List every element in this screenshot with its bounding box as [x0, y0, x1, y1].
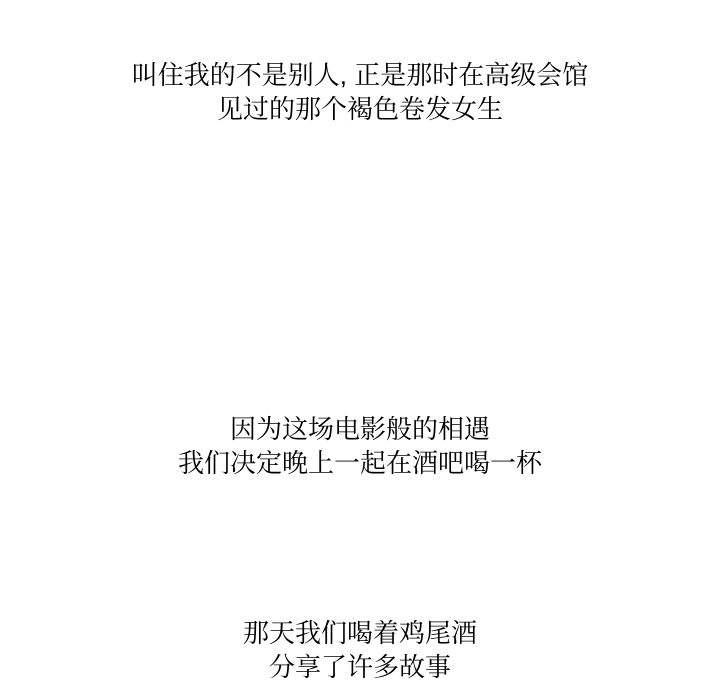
caption-block-3: 那天我们喝着鸡尾酒 分享了许多故事 — [0, 616, 720, 684]
caption-block-1: 叫住我的不是别人, 正是那时在高级会馆 见过的那个褐色卷发女生 — [0, 58, 720, 126]
caption-block-2: 因为这场电影般的相遇 我们决定晚上一起在酒吧喝一杯 — [0, 412, 720, 480]
caption-1-line-1: 叫住我的不是别人, 正是那时在高级会馆 — [0, 58, 720, 92]
caption-3-line-2: 分享了许多故事 — [0, 650, 720, 684]
caption-1-line-2: 见过的那个褐色卷发女生 — [0, 92, 720, 126]
caption-2-line-1: 因为这场电影般的相遇 — [0, 412, 720, 446]
caption-3-line-1: 那天我们喝着鸡尾酒 — [0, 616, 720, 650]
comic-page: 叫住我的不是别人, 正是那时在高级会馆 见过的那个褐色卷发女生 因为这场电影般的… — [0, 0, 720, 700]
caption-2-line-2: 我们决定晚上一起在酒吧喝一杯 — [0, 446, 720, 480]
